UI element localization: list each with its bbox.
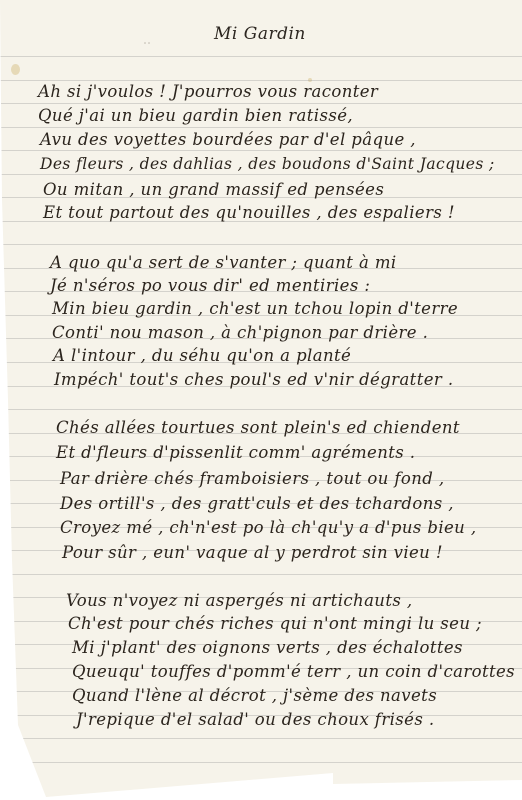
ruled-line xyxy=(0,174,522,175)
verse-line: Des ortill's , des gratt'culs et des tch… xyxy=(60,494,454,513)
verse-line: Pour sûr , eun' vaque al y perdrot sin v… xyxy=(62,543,443,562)
ruled-line xyxy=(0,244,522,245)
verse-line: Conti' nou mason , à ch'pignon par drièr… xyxy=(52,323,428,342)
verse-line: Qué j'ai un bieu gardin bien ratissé, xyxy=(38,106,353,125)
paper-stain xyxy=(11,64,20,75)
verse-line: Queuqu' touffes d'pomm'é terr , un coin … xyxy=(72,662,522,681)
verse-line: J'repique d'el salad' ou des choux frisé… xyxy=(76,710,434,729)
ruled-line xyxy=(0,150,522,151)
ruled-line xyxy=(0,80,522,81)
ruled-line xyxy=(0,127,522,128)
verse-line: Ah si j'voulos ! J'pourros vous raconter xyxy=(38,82,378,101)
verse-line: Ou mitan , un grand massif ed pensées xyxy=(43,180,384,199)
verse-line: Avu des voyettes bourdées par d'el pâque… xyxy=(40,130,416,149)
verse-line: Par drière chés framboisiers , tout ou f… xyxy=(60,469,445,488)
ruled-line xyxy=(0,738,522,739)
ruled-line xyxy=(0,56,522,57)
manuscript-page: ˙˙ Mi Gardin Ah si j'voulos ! J'pourros … xyxy=(0,0,522,800)
verse-line: Vous n'voyez ni aspergés ni artichauts , xyxy=(66,591,413,610)
verse-line: Et tout partout des qu'nouilles , des es… xyxy=(43,203,455,222)
verse-line: Jé n'séros po vous dir' ed mentiries : xyxy=(50,276,370,295)
corner-marks: ˙˙ xyxy=(143,42,151,51)
verse-line: Min bieu gardin , ch'est un tchou lopin … xyxy=(52,299,458,318)
verse-line: Chés allées tourtues sont plein's ed chi… xyxy=(56,418,460,437)
verse-line: A quo qu'a sert de s'vanter ; quant à mi xyxy=(50,253,397,272)
verse-line: Quand l'lène al décrot , j'sème des nave… xyxy=(72,686,437,705)
verse-line: Mi j'plant' des oignons verts , des écha… xyxy=(72,638,463,657)
verse-line: Impéch' tout's ches poul's ed v'nir dégr… xyxy=(54,370,453,389)
verse-line: Et d'fleurs d'pissenlit comm' agréments … xyxy=(56,443,415,462)
ruled-line xyxy=(0,409,522,410)
poem-title: Mi Gardin xyxy=(214,24,306,44)
ruled-line xyxy=(0,762,522,763)
verse-line: Des fleurs , des dahlias , des boudons d… xyxy=(40,155,495,173)
ruled-line xyxy=(0,103,522,104)
ruled-line xyxy=(0,574,522,575)
verse-line: Ch'est pour chés riches qui n'ont mingi … xyxy=(68,614,482,633)
verse-line: A l'intour , du séhu qu'on a planté xyxy=(53,346,351,365)
verse-line: Croyez mé , ch'n'est po là ch'qu'y a d'p… xyxy=(60,518,477,537)
